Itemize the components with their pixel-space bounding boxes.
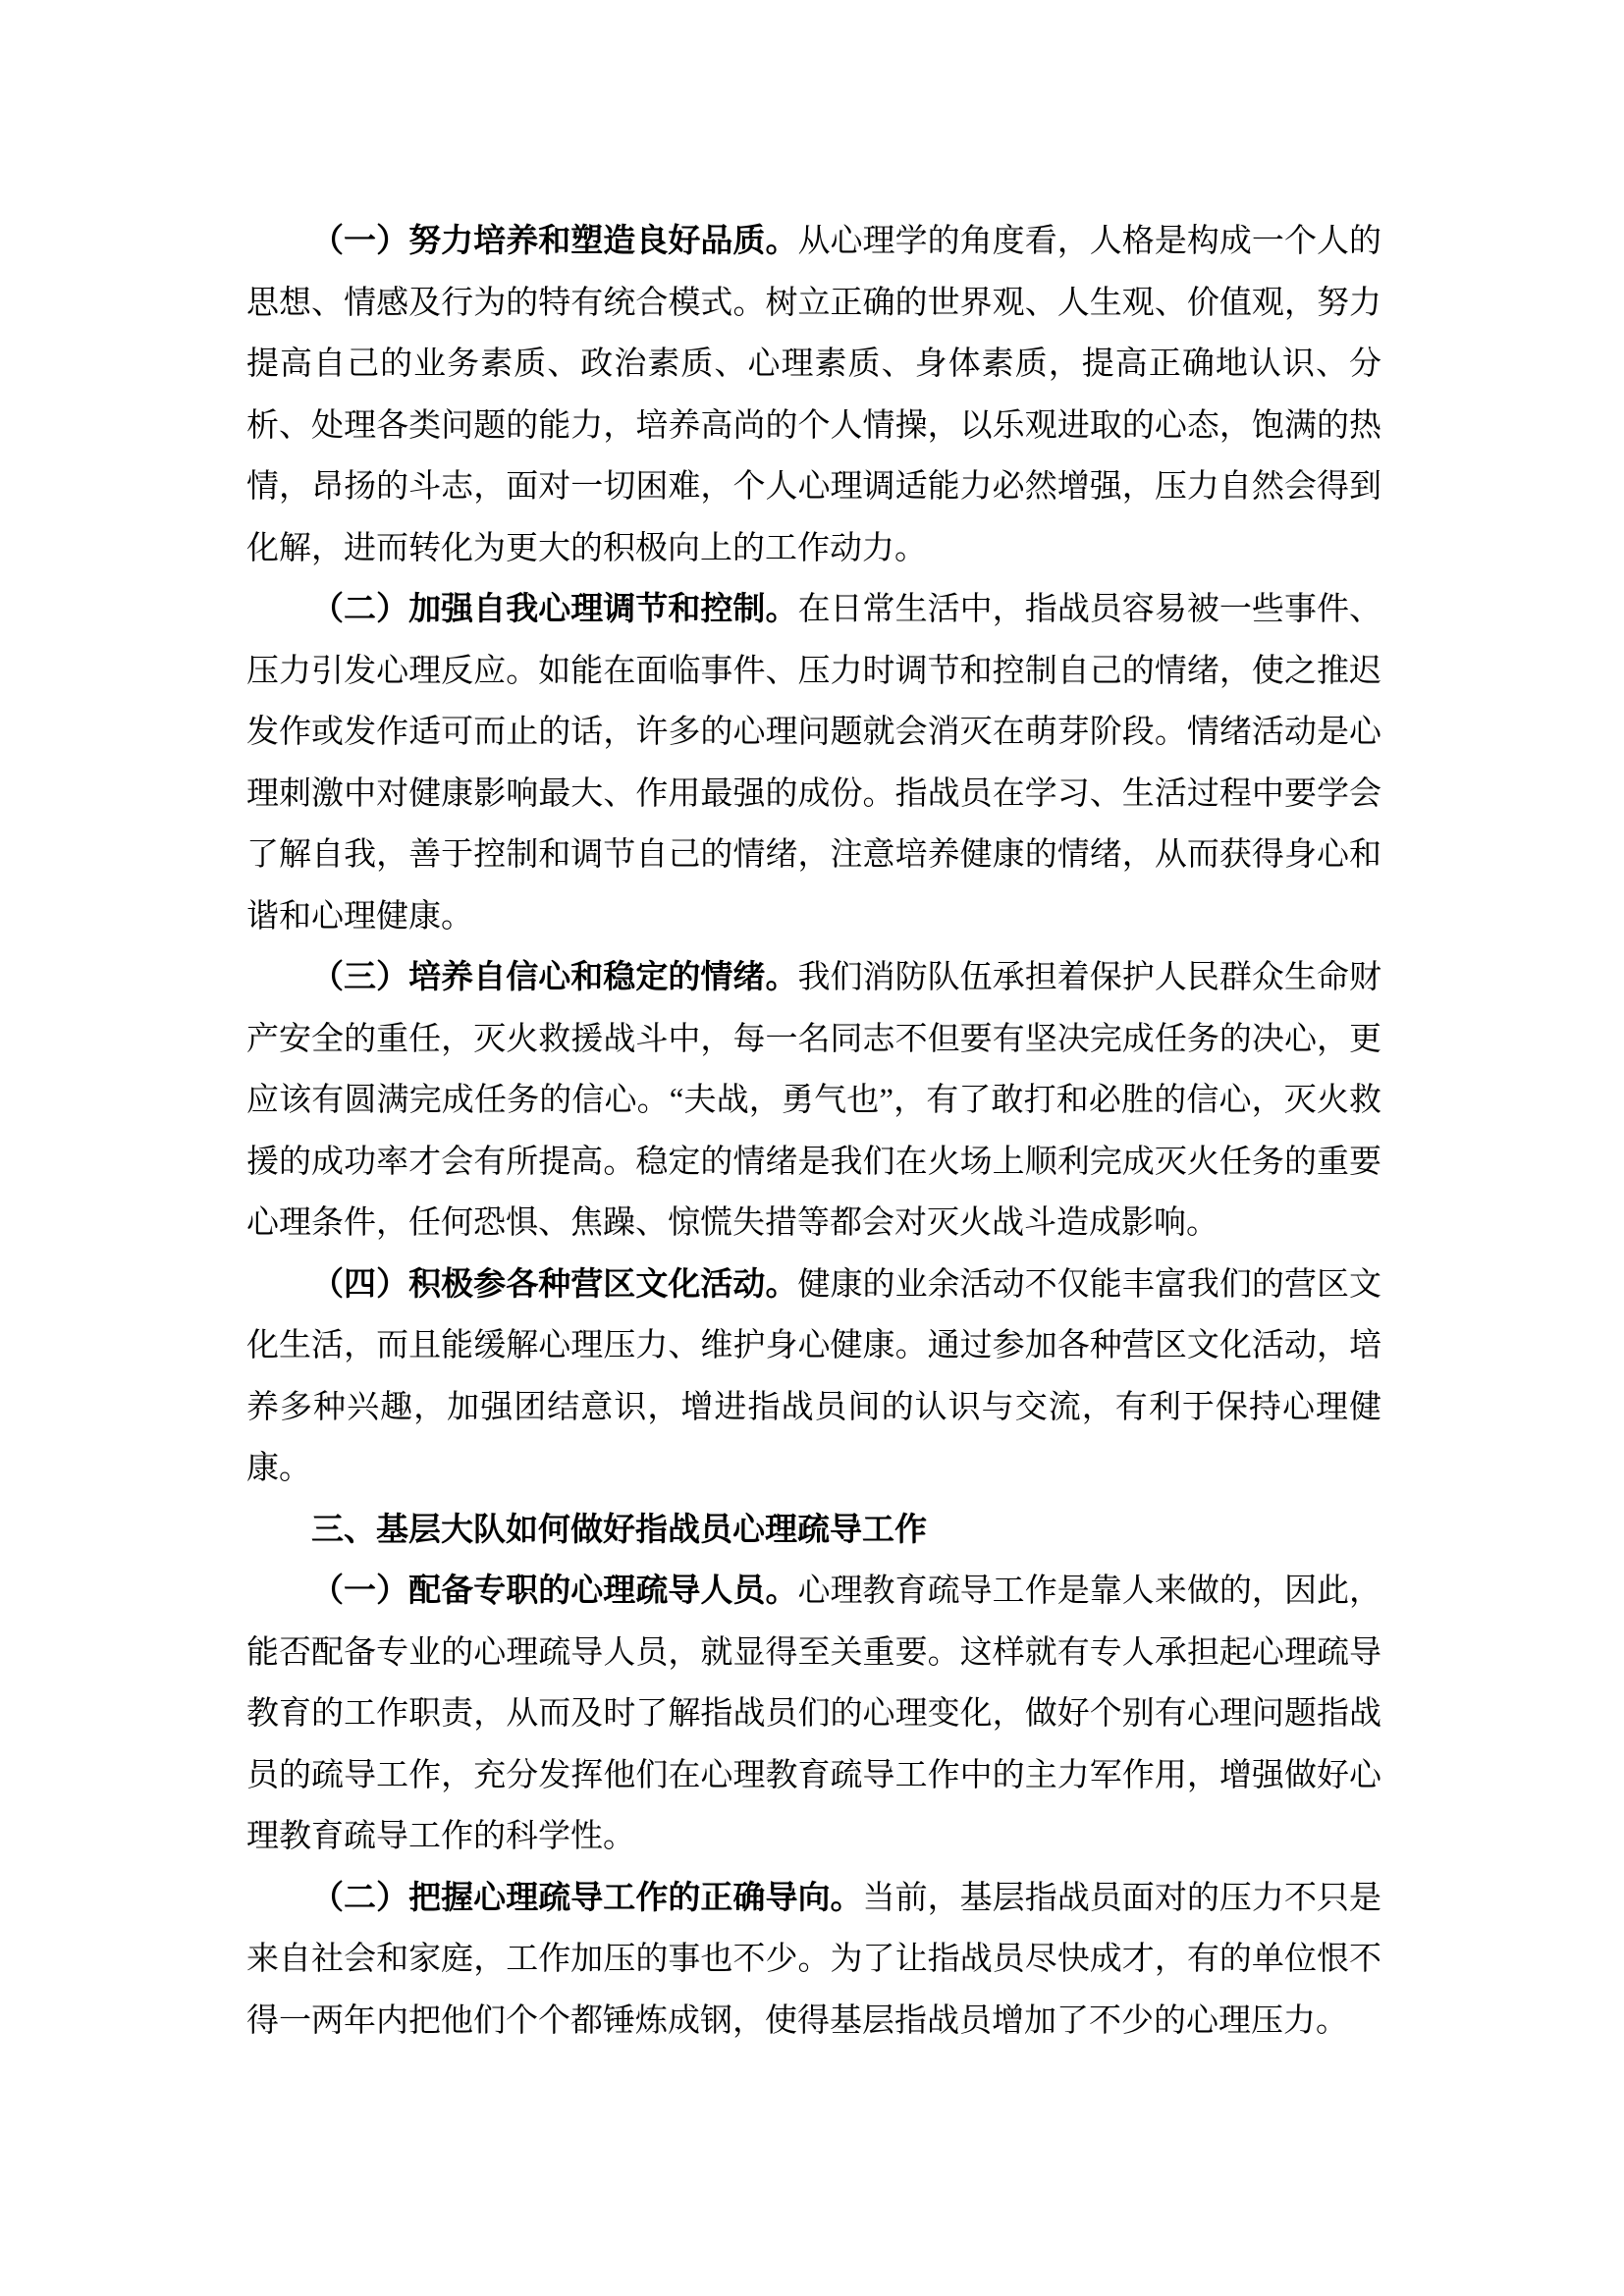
document-page: （一）努力培养和塑造良好品质。从心理学的角度看，人格是构成一个人的思想、情感及行…: [0, 0, 1624, 2296]
paragraph-body: 我们消防队伍承担着保护人民群众生命财产安全的重任，灭火救援战斗中，每一名同志不但…: [246, 960, 1381, 1241]
paragraph-lead: （一）配备专职的心理疏导人员。: [311, 1574, 797, 1609]
paragraph-body: 心理教育疏导工作是靠人来做的，因此，能否配备专业的心理疏导人员，就显得至关重要。…: [246, 1574, 1381, 1854]
paragraph: （一）配备专职的心理疏导人员。心理教育疏导工作是靠人来做的，因此，能否配备专业的…: [246, 1561, 1381, 1868]
document-body: （一）努力培养和塑造良好品质。从心理学的角度看，人格是构成一个人的思想、情感及行…: [246, 211, 1381, 2052]
section-heading: 三、基层大队如何做好指战员心理疏导工作: [246, 1500, 1381, 1562]
paragraph-lead: 三、基层大队如何做好指战员心理疏导工作: [311, 1513, 927, 1548]
paragraph: （二）加强自我心理调节和控制。在日常生活中，指战员容易被一些事件、压力引发心理反…: [246, 579, 1381, 947]
paragraph: （二）把握心理疏导工作的正确导向。当前，基层指战员面对的压力不只是来自社会和家庭…: [246, 1868, 1381, 2053]
paragraph-lead: （三）培养自信心和稳定的情绪。: [311, 960, 797, 995]
paragraph-lead: （一）努力培养和塑造良好品质。: [311, 224, 797, 259]
paragraph: （一）努力培养和塑造良好品质。从心理学的角度看，人格是构成一个人的思想、情感及行…: [246, 211, 1381, 579]
paragraph-lead: （二）把握心理疏导工作的正确导向。: [311, 1881, 863, 1916]
paragraph-body: 在日常生活中，指战员容易被一些事件、压力引发心理反应。如能在面临事件、压力时调节…: [246, 592, 1381, 934]
paragraph-body: 从心理学的角度看，人格是构成一个人的思想、情感及行为的特有统合模式。树立正确的世…: [246, 224, 1381, 566]
paragraph: （三）培养自信心和稳定的情绪。我们消防队伍承担着保护人民群众生命财产安全的重任，…: [246, 947, 1381, 1255]
paragraph-lead: （二）加强自我心理调节和控制。: [311, 592, 797, 627]
paragraph-lead: （四）积极参各种营区文化活动。: [311, 1267, 797, 1303]
paragraph: （四）积极参各种营区文化活动。健康的业余活动不仅能丰富我们的营区文化生活，而且能…: [246, 1255, 1381, 1500]
